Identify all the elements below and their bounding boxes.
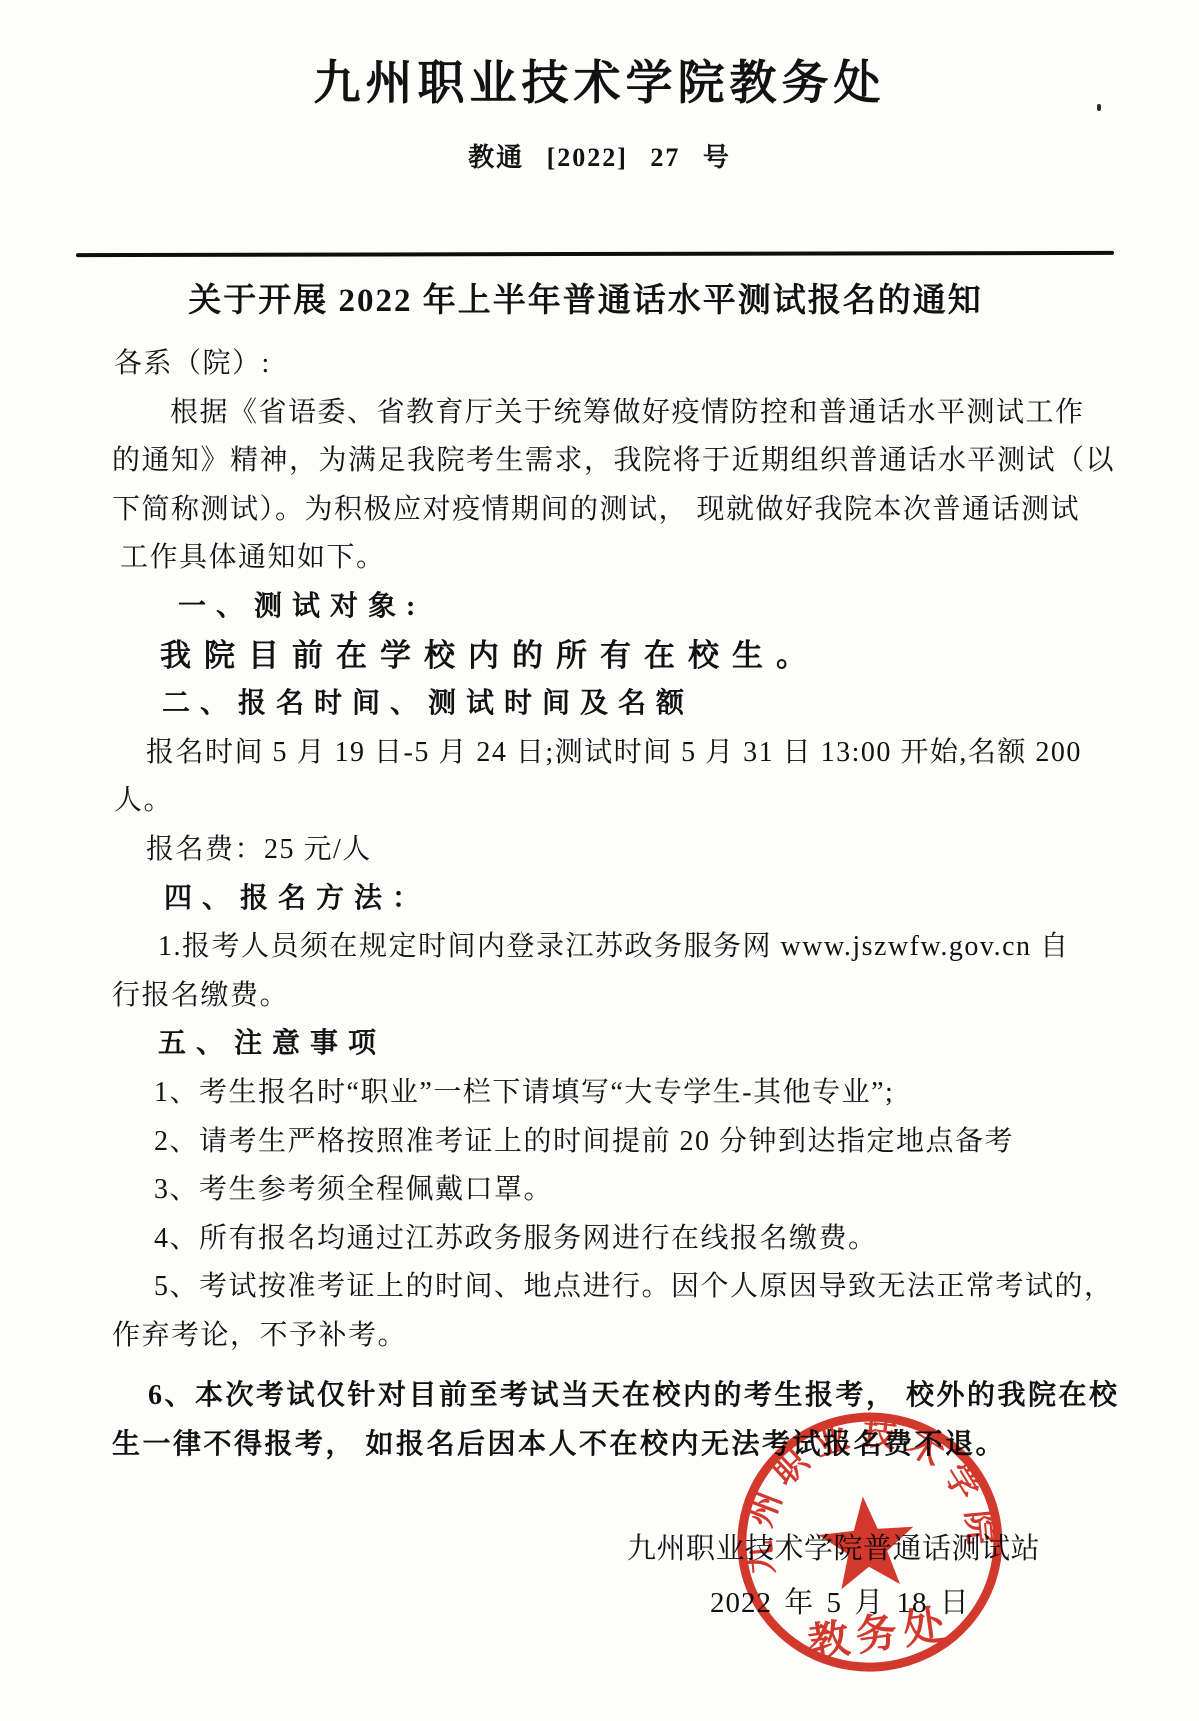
body-line: 工作具体通知如下。 [112,534,1108,583]
body-line: 人。 [112,777,1108,826]
body-line: 各系（院）: [112,340,1108,389]
body-line: 根据《省语委、省教育厅关于统筹做好疫情防控和普通话水平测试工作 [112,389,1108,438]
body-line: 五、注意事项 [112,1020,1108,1069]
body-line: 4、所有报名均通过江苏政务服务网进行在线报名缴费。 [112,1215,1108,1264]
body-line: 二、报名时间、测试时间及名额 [112,680,1108,729]
scan-speck-artifact [1097,104,1101,111]
body-line: 一、测试对象: [112,583,1108,632]
body-line: 行报名缴费。 [112,972,1108,1021]
body-line: 1.报考人员须在规定时间内登录江苏政务服务网 www.jszwfw.gov.cn… [112,923,1108,972]
body-line: 1、考生报名时“职业”一栏下请填写“大专学生-其他专业”; [112,1069,1108,1118]
issuing-office-title: 九州职业技术学院教务处 [0,46,1199,113]
seal-bottom-text: 教务处 [805,1601,954,1667]
body-line: 3、考生参考须全程佩戴口罩。 [112,1166,1108,1215]
body-line: 的通知》精神，为满足我院考生需求，我院将于近期组织普通话水平测试（以 [112,437,1108,486]
notice-body: 各系（院）:根据《省语委、省教育厅关于统筹做好疫情防控和普通话水平测试工作的通知… [112,340,1108,1470]
official-red-seal: 九州职业技术学院 教务处 [723,1399,1019,1690]
body-line: 作弃考论，不予补考。 [112,1312,1108,1361]
document-number: 教通 [2022] 27 号 [0,137,1199,174]
seal-graphic: 九州职业技术学院 教务处 [730,1403,1009,1678]
body-line: 2、请考生严格按照准考证上的时间提前 20 分钟到达指定地点备考 [112,1118,1108,1167]
body-line: 四、报名方法： [112,875,1108,924]
body-line: 5、考试按准考证上的时间、地点进行。因个人原因导致无法正常考试的， [112,1263,1108,1312]
body-line: 报名时间 5 月 19 日-5 月 24 日;测试时间 5 月 31 日 13:… [112,729,1108,778]
header-rule-line [76,251,1114,257]
body-line: 下简称测试）。为积极应对疫情期间的测试， 现就做好我院本次普通话测试 [112,486,1108,535]
notice-heading: 关于开展 2022 年上半年普通话水平测试报名的通知 [0,274,1185,321]
body-line: 报名费：25 元/人 [112,826,1108,875]
scanned-notice-document: 九州职业技术学院教务处 教通 [2022] 27 号 关于开展 2022 年上半… [0,0,1199,1721]
seal-star-icon [815,1492,918,1590]
body-line: 我院目前在学校内的所有在校生。 [112,632,1108,681]
